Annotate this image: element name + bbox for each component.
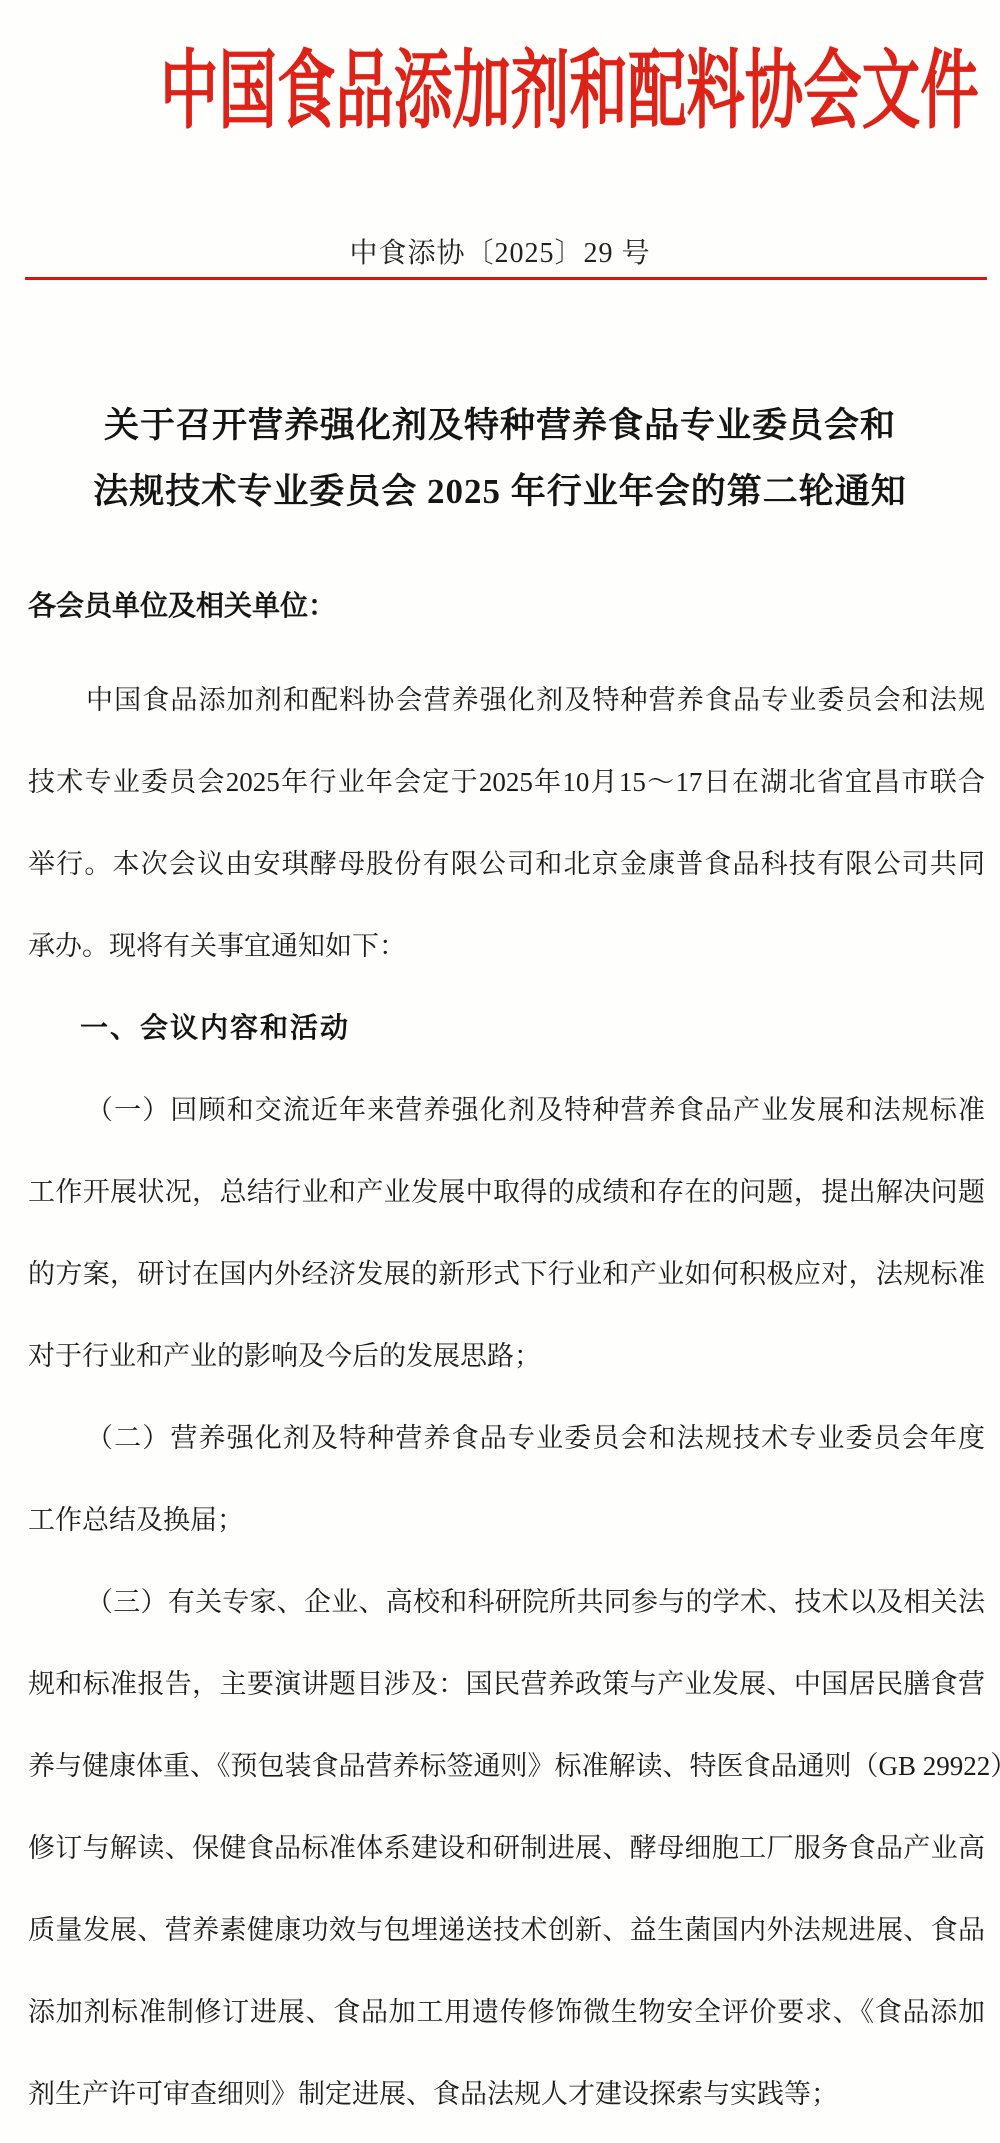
doc-reference-number: 中食添协〔2025〕29 号 (0, 235, 1000, 273)
body-line: 养与健康体重、《预包装食品营养标签通则》标准解读、特医食品通则（GB 29922… (28, 1725, 985, 1807)
body-line: 修订与解读、保健食品标准体系建设和研制进展、酵母细胞工厂服务食品产业高 (28, 1807, 985, 1889)
body-line: （二）营养强化剂及特种营养食品专业委员会和法规技术专业委员会年度 (28, 1397, 985, 1479)
body-line: 剂生产许可审查细则》制定进展、食品法规人才建设探索与实践等； (28, 2053, 985, 2135)
body-line: （一）回顾和交流近年来营养强化剂及特种营养食品产业发展和法规标准 (28, 1069, 985, 1151)
body-line: 举行。本次会议由安琪酵母股份有限公司和北京金康普食品科技有限公司共同 (28, 823, 985, 905)
body-line: 添加剂标准制修订进展、食品加工用遗传修饰微生物安全评价要求、《食品添加 (28, 1971, 985, 2053)
body-line: 对于行业和产业的影响及今后的发展思路； (28, 1315, 985, 1397)
salutation: 各会员单位及相关单位： (28, 584, 336, 628)
official-document-page: 中国食品添加剂和配料协会文件 中食添协〔2025〕29 号 关于召开营养强化剂及… (0, 0, 1000, 2143)
section-heading: 一、会议内容和活动 (28, 987, 985, 1069)
body-line: 工作开展状况，总结行业和产业发展中取得的成绩和存在的问题，提出解决问题 (28, 1151, 985, 1233)
body-line: 承办。现将有关事宜通知如下： (28, 905, 985, 987)
doc-title: 关于召开营养强化剂及特种营养食品专业委员会和 法规技术专业委员会 2025 年行… (0, 393, 1000, 525)
red-divider (25, 277, 987, 280)
body-line: 的方案，研讨在国内外经济发展的新形式下行业和产业如何积极应对，法规标准 (28, 1233, 985, 1315)
body-line: （三）有关专家、企业、高校和科研院所共同参与的学术、技术以及相关法 (28, 1561, 985, 1643)
masthead-org-title: 中国食品添加剂和配料协会文件 (160, 35, 840, 147)
doc-title-line-1: 关于召开营养强化剂及特种营养食品专业委员会和 (0, 393, 1000, 459)
document-body: 中国食品添加剂和配料协会营养强化剂及特种营养食品专业委员会和法规 技术专业委员会… (28, 659, 985, 2135)
doc-title-line-2: 法规技术专业委员会 2025 年行业年会的第二轮通知 (0, 459, 1000, 525)
body-line: 技术专业委员会2025年行业年会定于2025年10月15～17日在湖北省宜昌市联… (28, 741, 985, 823)
body-line: 质量发展、营养素健康功效与包埋递送技术创新、益生菌国内外法规进展、食品 (28, 1889, 985, 1971)
body-line: 中国食品添加剂和配料协会营养强化剂及特种营养食品专业委员会和法规 (28, 659, 985, 741)
body-line: 规和标准报告，主要演讲题目涉及：国民营养政策与产业发展、中国居民膳食营 (28, 1643, 985, 1725)
body-line: 工作总结及换届； (28, 1479, 985, 1561)
